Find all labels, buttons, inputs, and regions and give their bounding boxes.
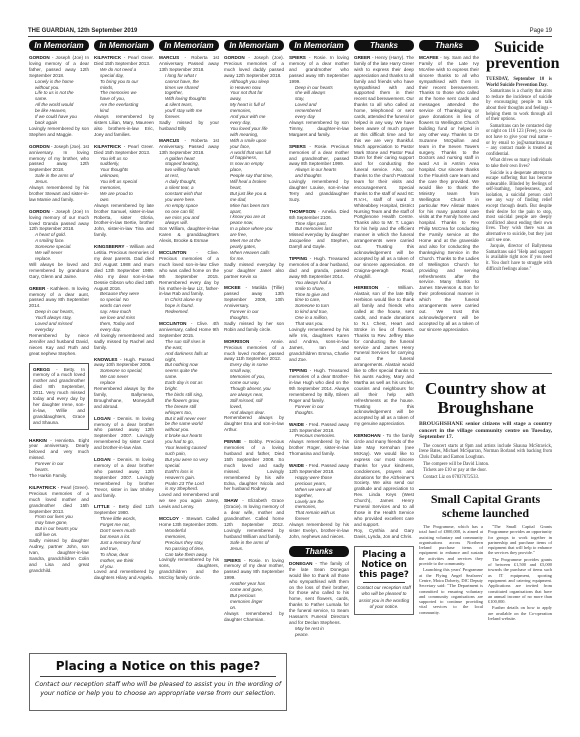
- notice-name: MARCUS: [159, 138, 179, 143]
- notice-body: - Betty. In memory of a much loved mothe…: [33, 367, 85, 425]
- section-banner: Thanks: [419, 40, 479, 51]
- notice-body: - Dennis. In loving memory of a dear bro…: [94, 457, 154, 497]
- notice-name: MORRISON: [224, 339, 249, 344]
- article-headline: Suicide prevention: [486, 40, 552, 72]
- section-banner: Thanks: [289, 546, 349, 557]
- notice-text: LITTLE - Betty died 11th September 1980.: [94, 504, 154, 516]
- article-headline: Small Capital Grants scheme launched: [419, 492, 552, 520]
- section-banner: In Memoriam: [289, 40, 349, 51]
- notice-entry: KNOWLES - Hugh. Passed away 10th Septemb…: [94, 357, 154, 410]
- notice-text: KILPATRICK - Pearl Greer. Died 15th Sept…: [94, 55, 154, 67]
- notice-name: KILPATRICK: [94, 144, 121, 149]
- article-paragraph: "The Small Capital Grants Programme prov…: [488, 524, 552, 556]
- article-paragraph: The compere will be David Linton.: [419, 462, 552, 468]
- notice-name: WAIDE: [289, 463, 304, 468]
- notice-text: SPIERS - Rosie. In loving memory of a de…: [289, 55, 349, 85]
- notice-text: KILPATRICK - Pearl (Greer). Precious mem…: [29, 485, 89, 515]
- notice-text: GORDON - Joseph (Joe). 1st anniversary. …: [29, 144, 89, 174]
- notice-name: HARKIN: [29, 438, 47, 443]
- notice-verse: We do not need a special day, To bring y…: [94, 67, 154, 114]
- notice-entry: HERBISON - William. Alastair, son of the…: [354, 285, 414, 427]
- country-show-article: Country show at Broughshane BROUGHSHANE …: [419, 378, 552, 481]
- notice-verse: In Christ alone my hope is found. Redeem…: [159, 297, 219, 315]
- notice-verse: Safe in the arms of Jesus.: [29, 173, 89, 185]
- notice-name: MCCLINTON: [159, 321, 186, 326]
- notice-verse: From our lives you may have gone, But in…: [29, 514, 89, 538]
- article-paragraph: Tickets are £10 or pay at the door.: [419, 468, 552, 474]
- suicide-prevention-article: Suicide prevention TUESDAY, September 10…: [486, 40, 552, 273]
- notice-entry: KERNOHAN - To the family circle and many…: [354, 433, 414, 539]
- notice-name: WAIDE: [289, 422, 304, 427]
- notice-verse: Three little words, Forget me not, Don't…: [94, 516, 154, 569]
- notice-entry: MARCUS - Roberta 1st Anniversary Passed …: [159, 55, 219, 132]
- notice-verse: Always in our hearts and thoughts: [289, 167, 349, 179]
- notice-entry: TIPPING - Hugh. Treasured memories of a …: [289, 256, 349, 362]
- section-banner: In Memoriam: [159, 40, 219, 51]
- notice-name: MARCUS: [159, 55, 179, 60]
- notice-text: SHAW - Elizabeth Grace (Gracie). In lovi…: [224, 498, 284, 539]
- notice-signoff: The Harkin Family.: [29, 473, 89, 479]
- notice-signoff: Lovingly remembered by son Stephen and M…: [29, 126, 89, 138]
- notice-name: GORDON: [29, 209, 50, 214]
- notice-entry: KILPATRICK - Pearl (Greer). Precious mem…: [29, 485, 89, 574]
- notice-text: THOMPSON - Amelia. Died 6th September 21…: [289, 209, 349, 221]
- notice-text: MARCUS - Roberta 1st Anniversary. Passed…: [159, 138, 219, 156]
- article-paragraph: The Programme provides grants of between…: [488, 557, 552, 605]
- notice-entry: KINGSBERRY - William and Letitia. Precio…: [94, 244, 154, 350]
- divider: [419, 489, 552, 490]
- notice-name: GORDON: [29, 55, 50, 60]
- notice-entry: WAIDE - Fred. Passed away 12th September…: [289, 463, 349, 540]
- section-banner: In Memoriam: [94, 40, 154, 51]
- notice-entry: KILPATRICK - Pearl Greer. Died 15th Sept…: [94, 144, 154, 239]
- notice-entry: WAIDE - Fred. Passed away 12th September…: [289, 422, 349, 457]
- notice-verse: Happy were those precious years, When we…: [289, 475, 349, 522]
- masthead-date: THE GUARDIAN, 12th September 2019: [28, 28, 137, 34]
- advert-body: Contact our reception staff who will be …: [30, 680, 286, 698]
- notice-entry: MCCLINTON - Clive. Precious memories of …: [159, 250, 219, 315]
- placing-notice-advert[interactable]: Placing a Notice on this page? Contact o…: [29, 653, 287, 711]
- small-capital-grants-article: Small Capital Grants scheme launched The…: [419, 492, 552, 621]
- article-paragraph: Samaritans is a charity that aims to red…: [486, 89, 552, 123]
- notice-entry: DONEGAN - The family of the late Sean Do…: [289, 561, 349, 638]
- article-lead: BROUGHSHANE senior citizens will stage a…: [419, 421, 552, 441]
- notice-text: MCKEE - Matilda (Tillie) passed away 13t…: [224, 285, 284, 309]
- notice-body: - Elizabeth Grace (Gracie). In loving me…: [224, 498, 284, 538]
- article-paragraph: The concert starts at 8pm and artists in…: [419, 444, 552, 461]
- notice-signoff: Remembered always by daughter Ena and so…: [224, 415, 284, 433]
- notice-entry: SPIERS - Rosie. Precious memories of a d…: [289, 144, 349, 203]
- notice-signoff: Missed everyday by daughter Jacqueline a…: [289, 232, 349, 250]
- notice-name: SPIERS: [289, 55, 306, 60]
- notice-name: SPIERS: [224, 558, 241, 563]
- notice-text: GORDON - Joseph (Joe). Precious memories…: [224, 55, 284, 79]
- notice-signoff: All lovingly remembered and sadly missed…: [94, 333, 154, 351]
- notice-verse: Another year has come and gone, But prec…: [224, 581, 284, 611]
- notice-verse: A golden heart stopped beating, two will…: [159, 156, 219, 227]
- notice-verse: You left us so suddenly, Your thoughts u…: [94, 156, 154, 203]
- notice-entry: GORDON - Joseph (Joe). 1st anniversary. …: [29, 144, 89, 203]
- notice-text: GREGG - Betty. In memory of a much loved…: [33, 367, 85, 426]
- notice-verse: Safe in the arms of Jesus.: [224, 540, 284, 552]
- notice-signoff: Sadly missed by her son Robin and family…: [224, 321, 284, 333]
- notice-entry: SPIERS - Rosie. In loving memory of a de…: [289, 55, 349, 138]
- memoriam-column-4: In MemoriamGORDON - Joseph (Joe). Precio…: [224, 40, 284, 628]
- notice-verse: You always had a smile to share, Time to…: [289, 280, 349, 327]
- divider: [40, 676, 276, 677]
- memoriam-thanks-column-5: In MemoriamSPIERS - Rosie. In loving mem…: [289, 40, 349, 644]
- notice-text: MCCLOY - Stewart. Called Home 13th Septe…: [159, 516, 219, 528]
- notice-name: KILPATRICK: [29, 485, 56, 490]
- notice-entry: MCAFEE - Ivy. Sam and the Family of the …: [419, 55, 479, 333]
- notice-name: KILPATRICK: [94, 55, 121, 60]
- article-paragraph: Samaritans can be contacted day or night…: [486, 124, 552, 158]
- notice-name: HERBISON: [354, 285, 378, 290]
- notice-entry: PENNIE - Bobby. Precious memories of a l…: [224, 439, 284, 492]
- notice-body: - William and Letitia. Precious memories…: [94, 244, 154, 290]
- thanks-column-7: ThanksMCAFEE - Ivy. Sam and the Family o…: [419, 40, 479, 339]
- notice-text: MCCLINTON - Clive. Precious memories of …: [159, 250, 219, 297]
- notice-signoff: Remembered by niece Jennifer and husband…: [29, 333, 89, 357]
- notice-text: GREER - Henry (Harry). The family of the…: [354, 55, 414, 279]
- notice-entry: THOMPSON - Amelia. Died 6th September 21…: [289, 209, 349, 250]
- notice-verse: Deep in our hearts she will always stay,…: [289, 85, 349, 120]
- thanks-column-6: ThanksGREER - Henry (Harry). The family …: [354, 40, 414, 615]
- notice-name: KNOWLES: [94, 357, 117, 362]
- notice-body: - The family of the late Sean Donegan wo…: [289, 561, 349, 625]
- notice-text: WAIDE - Fred. Passed away 12th September…: [289, 463, 349, 475]
- notice-name: GREER: [29, 286, 45, 291]
- notice-body: - Dennis. In loving memory of a dear bro…: [94, 416, 154, 451]
- notice-entry: SPIERS - Rosie. In loving memory of my d…: [224, 558, 284, 623]
- divider: [419, 373, 552, 374]
- notice-entry: MCKEE - Matilda (Tillie) passed away 13t…: [224, 285, 284, 332]
- notice-text: KINGSBERRY - William and Letitia. Precio…: [94, 244, 154, 291]
- notice-name: MCCLOY: [159, 516, 179, 521]
- notice-body: - Henry (Harry). The family of the late …: [354, 55, 414, 279]
- notice-entry: GORDON - Joseph (Joe) In loving memory o…: [29, 209, 89, 280]
- notice-text: KERNOHAN - To the family circle and many…: [354, 433, 414, 528]
- article-paragraph: Jacquie, director of Ballymena Samaritan…: [486, 244, 552, 272]
- notice-name: GREGG: [33, 367, 50, 372]
- notice-verse: Forever in our thoughts.: [289, 404, 349, 416]
- notice-signoff: Lovingly remembered by his sons, daughte…: [159, 557, 219, 581]
- notice-name: MCAFEE: [419, 55, 438, 60]
- notice-text: MCAFEE - Ivy. Sam and the Family of the …: [419, 55, 479, 333]
- memoriam-column-1: In MemoriamGORDON - Joseph (Joe) In lovi…: [29, 40, 89, 580]
- notice-text: GORDON - Joseph (Joe) In loving memory o…: [29, 55, 89, 79]
- notice-verse: Every day in some small way, Memories of…: [224, 362, 284, 415]
- notice-signoff: Will always be loved and remembered by g…: [29, 262, 89, 280]
- notice-text: KNOWLES - Hugh. Passed away 10th Septemb…: [94, 357, 154, 369]
- notice-verse: Wonderful memories, Precious they stay, …: [159, 528, 219, 558]
- notice-name: LITTLE: [94, 504, 110, 509]
- notice-name: LOGAN: [94, 416, 111, 421]
- advert-body: Contact our reception staff who will be …: [357, 585, 411, 611]
- notice-name: GORDON: [224, 55, 245, 60]
- notice-signoff: Roy, Cynthia and Gary Davis, Lynda, Jon …: [354, 528, 414, 540]
- notice-name: GREER: [354, 55, 370, 60]
- notice-name: DONEGAN: [289, 561, 312, 566]
- notice-signoff: Loved and remembered by daughters Hilary…: [94, 569, 154, 581]
- notice-signoff: Always remembered by his brother Stewart…: [29, 185, 89, 203]
- notice-entry: MARCUS - Roberta 1st Anniversary. Passed…: [159, 138, 219, 244]
- article-paragraph: Contact Liz on 07837672533.: [419, 475, 552, 481]
- notice-name: SPIERS: [289, 144, 306, 149]
- notice-entry: GREER - Henry (Harry). The family of the…: [354, 55, 414, 279]
- notice-signoff: Remembered always by the family, Ballyme…: [94, 386, 154, 410]
- notice-verse: Because they were so special. No words c…: [94, 291, 154, 332]
- advert-title: Placing a Notice on this page?: [30, 659, 286, 673]
- notice-body: - Clive. Precious memories of a much lov…: [159, 250, 219, 296]
- notice-text: MARCUS - Roberta 1st Anniversary Passed …: [159, 55, 219, 73]
- article-paragraph: What drives so many individuals to take …: [486, 158, 552, 169]
- notice-name: MCCLINTON: [159, 250, 186, 255]
- notice-signoff: Always remembered by his brother Roger, …: [289, 439, 349, 457]
- notice-signoff: Always remembered by sisters Lilian, Mar…: [94, 114, 154, 138]
- notice-verse: May he rest in peace.: [289, 626, 349, 638]
- section-banner: Thanks: [354, 40, 414, 51]
- notice-name: THOMPSON: [289, 209, 316, 214]
- notice-body: - Bobby. Precious memories of a loving h…: [224, 439, 284, 491]
- notice-signoff: Lovingly remembered by daughter Louise, …: [289, 179, 349, 203]
- notice-signoff: Sadly missed everyday by your daughter J…: [224, 262, 284, 280]
- notice-entry: MORRISON - Annie. Precious memories of a…: [224, 339, 284, 434]
- notice-text: DONEGAN - The family of the late Sean Do…: [289, 561, 349, 626]
- notice-name: GORDON: [29, 144, 50, 149]
- notice-signoff: Always remembered by his sister Evelyn, …: [289, 522, 349, 540]
- page-header: THE GUARDIAN, 12th September 2019 Page 1…: [28, 28, 552, 37]
- article-headline: Country show at Broughshane: [419, 379, 552, 417]
- notice-text: TIPPING - Hugh. Treasured memories of a …: [289, 256, 349, 280]
- notice-verse: A heart of gold. A smiling face. Someone…: [29, 232, 89, 262]
- notice-signoff: Always remembered by son Timmy, daughter…: [289, 120, 349, 138]
- notice-body: - Ivy. Sam and the Family of the Late Iv…: [419, 55, 479, 332]
- advert-title: Placing a Notice on this page?: [357, 550, 411, 580]
- section-banner: In Memoriam: [29, 40, 89, 51]
- notice-text: MORRISON - Annie. Precious memories of a…: [224, 339, 284, 363]
- notice-name: TIPPING: [289, 368, 307, 373]
- memoriam-column-2: In MemoriamKILPATRICK - Pearl Greer. Die…: [94, 40, 154, 587]
- notice-name: KINGSBERRY: [94, 244, 124, 249]
- notice-signoff: Lovingly remembered by his wife Iris, da…: [289, 327, 349, 362]
- notice-name: TIPPING: [289, 256, 307, 261]
- notice-name: PENNIE: [224, 439, 241, 444]
- notice-text: MCCLINTON - Clive. 4th anniversary, call…: [159, 321, 219, 339]
- notice-signoff: Son William, daughter-in-law Karen & gra…: [159, 226, 219, 244]
- notice-entry: LOGAN - Dennis. In loving memory of a de…: [94, 457, 154, 498]
- notice-text: HERBISON - William. Alastair, son of the…: [354, 285, 414, 427]
- notice-entry: GREGG - Betty. In memory of a much loved…: [29, 363, 89, 430]
- notice-text: WAIDE - Fred. Passed away 12th September…: [289, 422, 349, 434]
- notice-entry: GORDON - Joseph (Joe). Precious memories…: [224, 55, 284, 279]
- notice-text: LOGAN - Dennis. In loving memory of a de…: [94, 457, 154, 498]
- notice-name: SHAW: [224, 498, 238, 503]
- notice-entry: GORDON - Joseph (Joe) In loving memory o…: [29, 55, 89, 138]
- article-paragraph: Launching this years' Programme at the F…: [419, 567, 483, 615]
- notice-body: - To the family circle and many friends …: [354, 433, 414, 527]
- memoriam-column-3: In MemoriamMARCUS - Roberta 1st Annivers…: [159, 40, 219, 587]
- notice-verse: Time slips past, But memories last: [289, 221, 349, 233]
- notice-entry: GREER - Kathleen. In loving memory of a …: [29, 286, 89, 357]
- notice-signoff: Loved and remembered until we see you ag…: [159, 492, 219, 510]
- notice-verse: Someone so special, We can never replace: [94, 368, 154, 386]
- notice-entry: KILPATRICK - Pearl Greer. Died 15th Sept…: [94, 55, 154, 138]
- notice-text: LOGAN - Dennis. In loving memory of a de…: [94, 416, 154, 451]
- notice-entry: LOGAN - Dennis. In loving memory of a de…: [94, 416, 154, 451]
- notice-entry: SHAW - Elizabeth Grace (Gracie). In lovi…: [224, 498, 284, 551]
- notice-signoff: Always remembered by daughter Charmian.: [224, 611, 284, 623]
- notice-entry: MCCLOY - Stewart. Called Home 13th Septe…: [159, 516, 219, 581]
- notice-verse: Deep in our hearts, You'll always stay, …: [29, 309, 89, 333]
- notice-text: GORDON - Joseph (Joe) In loving memory o…: [29, 209, 89, 233]
- notice-verse: Lonely is the home without you. Life to …: [29, 79, 89, 126]
- notice-verse: I long for what I cannot have, the times…: [159, 73, 219, 120]
- notice-text: KILPATRICK - Pearl Greer. Died 15th Sept…: [94, 144, 154, 156]
- notice-text: GREER - Kathleen. In loving memory of a …: [29, 286, 89, 310]
- notice-verse: The sun still rises in the east, And dar…: [159, 339, 219, 493]
- notice-signoff: Sadly missed by your husband Billy: [159, 120, 219, 132]
- article-paragraph: The Programme, which has a total fund of…: [419, 524, 483, 566]
- section-banner: In Memoriam: [224, 40, 284, 51]
- notice-body: - William. Alastair, son of the late Bil…: [354, 285, 414, 426]
- notice-name: LOGAN: [94, 457, 111, 462]
- article-lead: TUESDAY, September 10 is World Suicide P…: [486, 77, 552, 88]
- notice-text: TIPPING - Hugh. Treasured memories of a …: [289, 368, 349, 403]
- notice-name: KERNOHAN: [354, 433, 381, 438]
- divider: [363, 582, 405, 583]
- notice-verse: Forever in our hearts.: [29, 461, 89, 473]
- page-number: Page 19: [530, 28, 552, 34]
- notice-signoff: Sadly missed by daughter Audrey, partner…: [29, 538, 89, 573]
- notice-entry: HARKIN - Henrietta. Eight year anniversa…: [29, 438, 89, 479]
- notice-verse: Forever in our thoughts.: [224, 309, 284, 321]
- placing-notice-small-advert[interactable]: Placing a Notice on this page?Contact ou…: [354, 546, 414, 615]
- notice-verse: Although you sleep in Heaven now. Your n…: [224, 79, 284, 262]
- notice-signoff: Always remembered by late brother Samuel…: [94, 203, 154, 238]
- article-paragraph: Further details on how to apply are avai…: [488, 605, 552, 621]
- notice-text: SPIERS - Rosie. Precious memories of a d…: [289, 144, 349, 168]
- notice-body: - Hugh. Treasured memories of a dear Bro…: [289, 368, 349, 403]
- notice-entry: MCCLINTON - Clive. 4th anniversary, call…: [159, 321, 219, 510]
- notice-entry: TIPPING - Hugh. Treasured memories of a …: [289, 368, 349, 415]
- article-paragraph: Suicide is a desperate attempt to escape…: [486, 171, 552, 244]
- notice-text: HARKIN - Henrietta. Eight year anniversa…: [29, 438, 89, 462]
- notice-name: MCKEE: [224, 285, 241, 290]
- notice-entry: LITTLE - Betty died 11th September 1980.…: [94, 504, 154, 581]
- notice-text: PENNIE - Bobby. Precious memories of a l…: [224, 439, 284, 492]
- notice-text: SPIERS - Rosie. In loving memory of my d…: [224, 558, 284, 582]
